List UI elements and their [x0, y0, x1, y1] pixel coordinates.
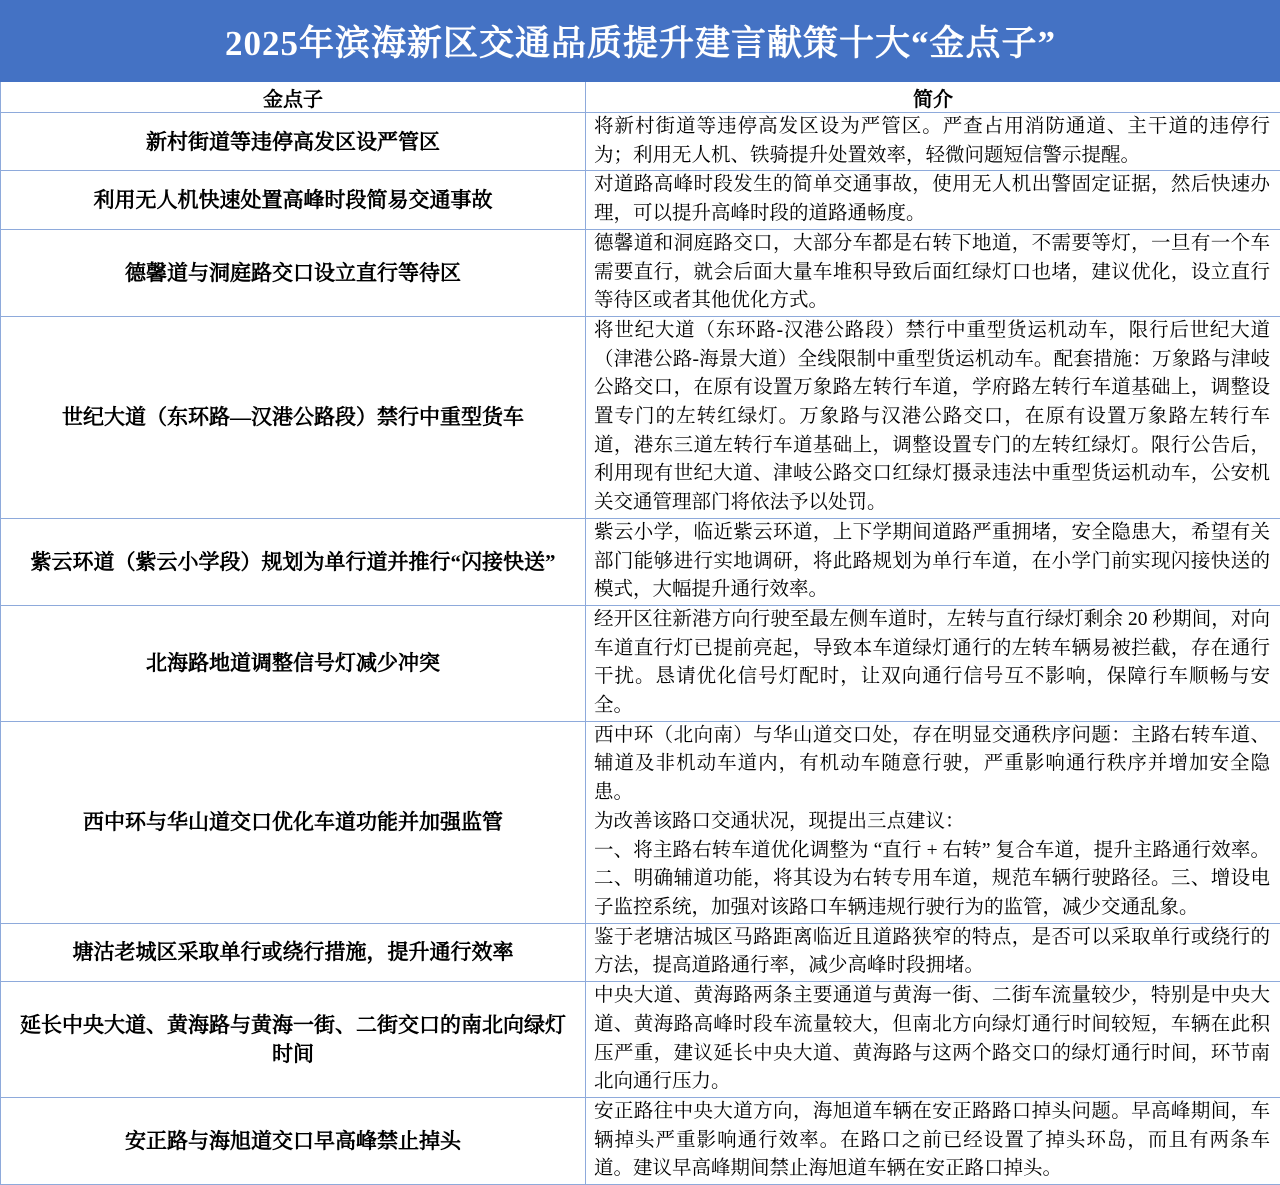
brief-cell: 安正路往中央大道方向，海旭道车辆在安正路路口掉头问题。早高峰期间，车辆掉头严重影…	[586, 1097, 1280, 1184]
document-page: 2025年滨海新区交通品质提升建言献策十大“金点子” 金点子 简介 新村街道等违…	[0, 0, 1280, 1185]
table-row: 利用无人机快速处置高峰时段简易交通事故 对道路高峰时段发生的简单交通事故，使用无…	[1, 171, 1280, 229]
brief-cell: 紫云小学，临近紫云环道，上下学期间道路严重拥堵，安全隐患大，希望有关部门能够进行…	[586, 518, 1280, 605]
page-title: 2025年滨海新区交通品质提升建言献策十大“金点子”	[1, 1, 1280, 82]
idea-cell: 安正路与海旭道交口早高峰禁止掉头	[1, 1097, 586, 1184]
idea-cell: 德馨道与洞庭路交口设立直行等待区	[1, 229, 586, 316]
brief-cell: 西中环（北向南）与华山道交口处，存在明显交通秩序问题：主路右转车道、辅道及非机动…	[586, 721, 1280, 923]
brief-cell: 经开区往新港方向行驶至最左侧车道时，左转与直行绿灯剩余 20 秒期间，对向车道直…	[586, 605, 1280, 721]
table-row: 延长中央大道、黄海路与黄海一街、二街交口的南北向绿灯时间 中央大道、黄海路两条主…	[1, 982, 1280, 1098]
idea-cell: 延长中央大道、黄海路与黄海一街、二街交口的南北向绿灯时间	[1, 982, 586, 1098]
brief-cell: 将新村街道等违停高发区设为严管区。严查占用消防通道、主干道的违停行为；利用无人机…	[586, 113, 1280, 171]
idea-cell: 西中环与华山道交口优化车道功能并加强监管	[1, 721, 586, 923]
idea-cell: 世纪大道（东环路—汉港公路段）禁行中重型货车	[1, 316, 586, 518]
brief-cell: 中央大道、黄海路两条主要通道与黄海一街、二街车流量较少，特别是中央大道、黄海路高…	[586, 982, 1280, 1098]
table-row: 西中环与华山道交口优化车道功能并加强监管 西中环（北向南）与华山道交口处，存在明…	[1, 721, 1280, 923]
table-row: 德馨道与洞庭路交口设立直行等待区 德馨道和洞庭路交口，大部分车都是右转下地道，不…	[1, 229, 1280, 316]
table-row: 新村街道等违停高发区设严管区 将新村街道等违停高发区设为严管区。严查占用消防通道…	[1, 113, 1280, 171]
column-header-row: 金点子 简介	[1, 82, 1280, 113]
title-row: 2025年滨海新区交通品质提升建言献策十大“金点子”	[1, 1, 1280, 82]
brief-cell: 对道路高峰时段发生的简单交通事故，使用无人机出警固定证据，然后快速办理，可以提升…	[586, 171, 1280, 229]
idea-cell: 北海路地道调整信号灯减少冲突	[1, 605, 586, 721]
idea-cell: 新村街道等违停高发区设严管区	[1, 113, 586, 171]
column-header-idea: 金点子	[1, 82, 586, 113]
brief-cell: 鉴于老塘沽城区马路距离临近且道路狭窄的特点，是否可以采取单行或绕行的方法，提高道…	[586, 923, 1280, 981]
table-row: 塘沽老城区采取单行或绕行措施，提升通行效率 鉴于老塘沽城区马路距离临近且道路狭窄…	[1, 923, 1280, 981]
table-row: 安正路与海旭道交口早高峰禁止掉头 安正路往中央大道方向，海旭道车辆在安正路路口掉…	[1, 1097, 1280, 1184]
table-row: 紫云环道（紫云小学段）规划为单行道并推行“闪接快送” 紫云小学，临近紫云环道，上…	[1, 518, 1280, 605]
column-header-brief: 简介	[586, 82, 1280, 113]
brief-cell: 将世纪大道（东环路-汉港公路段）禁行中重型货运机动车，限行后世纪大道（津港公路-…	[586, 316, 1280, 518]
idea-cell: 塘沽老城区采取单行或绕行措施，提升通行效率	[1, 923, 586, 981]
table-row: 北海路地道调整信号灯减少冲突 经开区往新港方向行驶至最左侧车道时，左转与直行绿灯…	[1, 605, 1280, 721]
table-row: 世纪大道（东环路—汉港公路段）禁行中重型货车 将世纪大道（东环路-汉港公路段）禁…	[1, 316, 1280, 518]
brief-cell: 德馨道和洞庭路交口，大部分车都是右转下地道，不需要等灯，一旦有一个车需要直行，就…	[586, 229, 1280, 316]
idea-cell: 紫云环道（紫云小学段）规划为单行道并推行“闪接快送”	[1, 518, 586, 605]
idea-cell: 利用无人机快速处置高峰时段简易交通事故	[1, 171, 586, 229]
golden-ideas-table: 2025年滨海新区交通品质提升建言献策十大“金点子” 金点子 简介 新村街道等违…	[0, 0, 1280, 1185]
